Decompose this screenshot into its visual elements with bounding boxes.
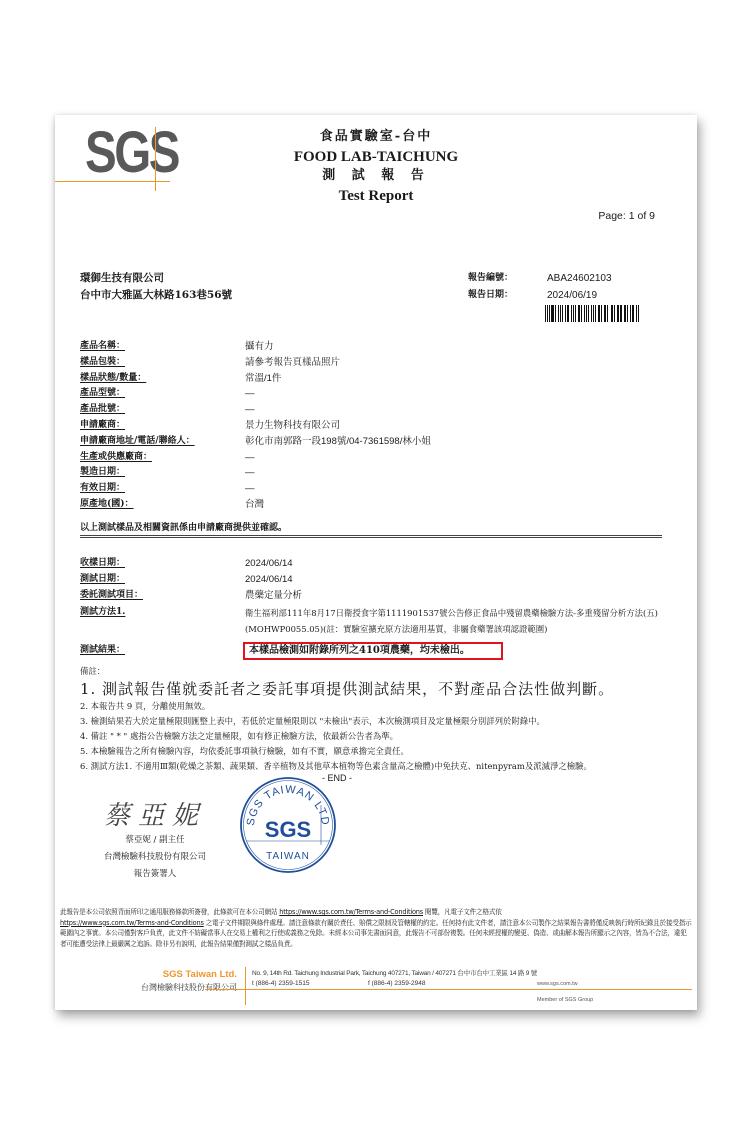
- stamp-center-text: SGS: [265, 817, 311, 842]
- footer-website[interactable]: www.sgs.com.tw: [537, 981, 578, 987]
- signer-role: 報告簽署人: [90, 866, 220, 883]
- note-item: 3. 檢測結果若大於定量極限則匯整上表中，若低於定量極限則以 "未檢出"表示，本…: [80, 714, 680, 729]
- report-title-en: Test Report: [55, 189, 697, 204]
- footer-company-en: SGS Taiwan Ltd.: [55, 968, 237, 981]
- handwritten-signature: 蔡亞妮: [90, 795, 220, 832]
- sample-info-value: —: [245, 465, 255, 481]
- sample-info-label: 有效日期：: [80, 481, 125, 497]
- footer-company: SGS Taiwan Ltd. 台灣檢驗科技股份有限公司: [55, 968, 237, 994]
- terms-link-1[interactable]: https://www.sgs.com.tw/Terms-and-Conditi…: [279, 908, 423, 916]
- test-info-value: 2024/06/14: [245, 572, 293, 588]
- note-item: 4. 備註 " * " 處指公告檢驗方法之定量極限，如有修正檢驗方法，依最新公告…: [80, 729, 680, 744]
- report-date-value: 2024/06/19: [547, 287, 612, 304]
- section-divider: [80, 535, 662, 538]
- sample-info-row: 產品型號：—: [80, 386, 680, 402]
- sample-info-value: —: [245, 481, 255, 497]
- footer-orange-vline: [245, 967, 246, 1005]
- footer-fax: f (886-4) 2359-2948: [368, 980, 425, 987]
- sgs-taiwan-stamp: SGS TAIWAN LTD SGS TAIWAN: [238, 775, 338, 875]
- report-date-label: 報告日期：: [468, 287, 513, 304]
- client-block: 環御生技有限公司 台中市大雅區大林路163巷56號: [80, 270, 232, 304]
- sample-info-label: 產品名稱：: [80, 339, 125, 355]
- method-value: 衛生福利部111年8月17日衛授食字第1111901537號公告修正食品中殘留農…: [245, 605, 665, 637]
- client-address: 台中市大雅區大林路163巷56號: [80, 287, 232, 304]
- client-name: 環御生技有限公司: [80, 270, 232, 287]
- notes-title: 備註：: [80, 664, 680, 679]
- notes-list: 1. 測試報告僅就委託者之委託事項提供測試結果，不對產品合法性做判斷。2. 本報…: [80, 679, 680, 774]
- sample-info-label: 樣品包裝：: [80, 355, 125, 371]
- method-label: 測試方法1.: [80, 605, 125, 621]
- lab-name-en: FOOD LAB-TAICHUNG: [55, 150, 697, 165]
- footer-member-note: Member of SGS Group: [537, 997, 593, 1003]
- note-item: 1. 測試報告僅就委託者之委託事項提供測試結果，不對產品合法性做判斷。: [80, 679, 680, 699]
- sample-info-row: 申請廠商地址/電話/聯絡人：彰化市南郭路一段198號/04-7361598/林小…: [80, 434, 680, 450]
- sample-info-value: —: [245, 402, 255, 418]
- signature-block: 蔡亞妮 蔡亞妮 / 副主任 台灣檢驗科技股份有限公司 報告簽署人: [90, 795, 220, 883]
- sample-info-value: —: [245, 386, 255, 402]
- test-report-page: SGS 食品實驗室-台中 FOOD LAB-TAICHUNG 測 試 報 告 T…: [55, 115, 697, 1010]
- disclaimer-text-2: 閱覽，凡電子文件之格式依: [423, 908, 502, 916]
- disclaimer-text-1: 此報告是本公司依照背面所印之通用服務條款所簽發，此條款可在本公司網站: [60, 908, 279, 916]
- result-label: 測試結果：: [80, 643, 125, 659]
- sample-info-value: 請參考報告頁樣品照片: [245, 355, 340, 371]
- sample-info-row: 產品批號：—: [80, 402, 680, 418]
- test-info-row: 收樣日期：2024/06/14: [80, 556, 680, 572]
- note-item: 2. 本報告共 9 頁，分離使用無效。: [80, 699, 680, 714]
- sample-info-row: 申請廠商：景力生物科技有限公司: [80, 418, 680, 434]
- sample-info-row: 樣品狀態/數量：常溫/1件: [80, 371, 680, 387]
- report-meta-values: ABA24602103 2024/06/19: [547, 270, 612, 304]
- signer-company: 台灣檢驗科技股份有限公司: [90, 849, 220, 866]
- footer-company-zh: 台灣檢驗科技股份有限公司: [55, 981, 237, 994]
- report-meta-labels: 報告編號： 報告日期：: [468, 270, 513, 304]
- sample-info-row: 產品名稱：攝有力: [80, 339, 680, 355]
- note-item: 6. 測試方法1. 不適用Ⅲ類(乾燥之茶類、蔬果類、香辛植物及其他草本植物等色素…: [80, 759, 680, 774]
- test-info-label: 委託測試項目：: [80, 588, 143, 604]
- footer-orange-hline: [205, 989, 692, 990]
- stamp-bottom-text: TAIWAN: [266, 851, 310, 862]
- sample-info-row: 製造日期：—: [80, 465, 680, 481]
- sample-info-row: 樣品包裝：請參考報告頁樣品照片: [80, 355, 680, 371]
- test-info-label: 測試日期：: [80, 572, 125, 588]
- sample-info-label: 製造日期：: [80, 465, 125, 481]
- sample-info-row: 原產地(國)：台灣: [80, 497, 680, 513]
- result-highlight-box: 本樣品檢測如附錄所列之410項農藥，均未檢出。: [243, 642, 503, 660]
- sample-info-value: 常溫/1件: [245, 371, 281, 387]
- sample-info-list: 產品名稱：攝有力樣品包裝：請參考報告頁樣品照片樣品狀態/數量：常溫/1件產品型號…: [80, 339, 680, 513]
- test-info-value: 2024/06/14: [245, 556, 293, 572]
- report-number-label: 報告編號：: [468, 270, 513, 287]
- test-info-label: 收樣日期：: [80, 556, 125, 572]
- sample-info-row: 生產或供應廠商：—: [80, 450, 680, 466]
- test-info-value: 農藥定量分析: [245, 588, 302, 604]
- report-title-zh: 測 試 報 告: [55, 169, 697, 182]
- sample-info-label: 生產或供應廠商：: [80, 450, 152, 466]
- terms-link-2[interactable]: https://www.sgs.com.tw/Terms-and-Conditi…: [60, 919, 204, 927]
- sample-info-label: 原產地(國)：: [80, 497, 134, 513]
- page-number: Page: 1 of 9: [598, 210, 655, 222]
- sample-info-label: 產品批號：: [80, 402, 125, 418]
- test-info-list: 收樣日期：2024/06/14測試日期：2024/06/14委託測試項目：農藥定…: [80, 556, 680, 603]
- footer-address: No. 9, 14th Rd. Taichung Industrial Park…: [252, 968, 537, 980]
- report-number-value: ABA24602103: [547, 270, 612, 287]
- sample-info-label: 樣品狀態/數量：: [80, 371, 146, 387]
- signer-name-title: 蔡亞妮 / 副主任: [90, 832, 220, 849]
- legal-disclaimer: 此報告是本公司依照背面所印之通用服務條款所簽發，此條款可在本公司網站 https…: [60, 907, 692, 949]
- test-info-row: 委託測試項目：農藥定量分析: [80, 588, 680, 604]
- sample-info-label: 申請廠商：: [80, 418, 125, 434]
- footer-telephone: t (886-4) 2359-1515: [252, 980, 309, 987]
- notes-section: 備註： 1. 測試報告僅就委託者之委託事項提供測試結果，不對產品合法性做判斷。2…: [80, 664, 680, 774]
- sample-info-value: 台灣: [245, 497, 264, 513]
- lab-name-zh: 食品實驗室-台中: [55, 130, 697, 143]
- sample-info-value: —: [245, 450, 255, 466]
- test-info-row: 測試日期：2024/06/14: [80, 572, 680, 588]
- sample-info-value: 彰化市南郭路一段198號/04-7361598/林小姐: [245, 434, 431, 450]
- sample-info-value: 景力生物科技有限公司: [245, 418, 340, 434]
- sample-statement: 以上測試樣品及相關資訊係由申請廠商提供並確認。: [80, 520, 287, 533]
- sample-info-row: 有效日期：—: [80, 481, 680, 497]
- note-item: 5. 本檢驗報告之所有檢驗內容，均依委託事項執行檢驗，如有不實，願意承擔完全責任…: [80, 744, 680, 759]
- sample-info-label: 產品型號：: [80, 386, 125, 402]
- sample-info-value: 攝有力: [245, 339, 274, 355]
- barcode: [545, 305, 640, 322]
- sample-info-label: 申請廠商地址/電話/聯絡人：: [80, 434, 195, 450]
